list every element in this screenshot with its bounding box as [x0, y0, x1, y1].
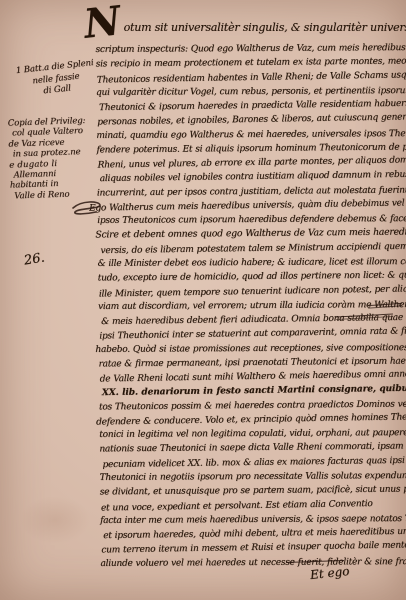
- manuscript-line: ipsos Theutonicos cum ipsorum haeredibus…: [97, 212, 401, 228]
- margin-note-date: 1 Batt.a die Spleninelle fassiedi Gall: [8, 57, 103, 101]
- catchword: Et ego: [309, 564, 350, 582]
- heading-line: N otum sit universalitèr singulis, & sin…: [84, 5, 406, 41]
- manuscript-line: Theutonici in negotiis ipsorum pro neces…: [100, 469, 404, 485]
- manuscript-page: N otum sit universalitèr singulis, & sin…: [0, 0, 406, 600]
- heading-text: otum sit universalitèr singulis, & singu…: [124, 21, 406, 41]
- margin-note-privilege: Copia del Privileg:col quale Valterode V…: [8, 115, 103, 201]
- manuscript-line: minati, quamdiu ego Waltherus & mei haer…: [96, 127, 400, 143]
- manuscript-line: & ille Minister debet eos iudicio habere…: [98, 255, 402, 271]
- heading-initial-N: N: [82, 3, 122, 43]
- manuscript-line: tonici in legitima vel non legitima copu…: [99, 426, 403, 442]
- margin-number: 26.: [23, 250, 46, 268]
- ego-flourish-swash: [72, 199, 104, 217]
- manuscript-line: aliunde voluero vel mei haeredes ut nece…: [100, 555, 404, 571]
- body-text: scriptum inspecturis: Quod ego Waltherus…: [95, 41, 404, 572]
- manuscript-line: scriptum inspecturis: Quod ego Waltherus…: [95, 41, 399, 57]
- manuscript-line: habebo. Quòd si istae promissiones aut r…: [95, 341, 402, 357]
